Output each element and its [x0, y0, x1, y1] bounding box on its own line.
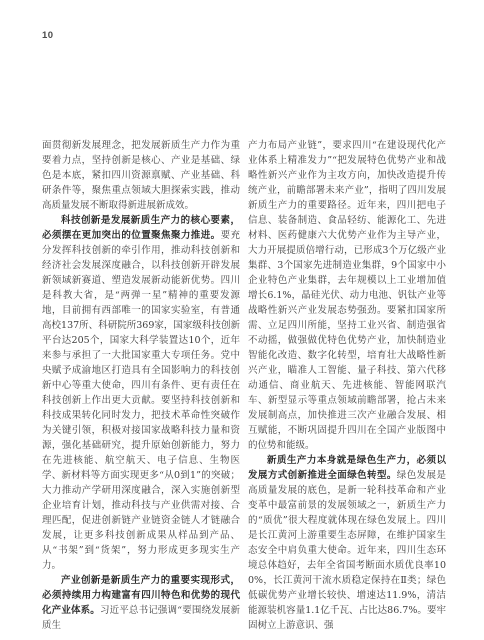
body-text: 绿色发展是高质量发展的底色，是新一轮科技革命和产业变革中最富前景的发展领域之一，…: [248, 470, 446, 631]
body-text: 产力布局产业链”，要求四川“在建设现代化产业体系上精准发力”“把发展特色优势产业…: [248, 140, 446, 451]
document-page: 10 面贯彻新发展理念，把发展新质生产力作为重要着力点，坚持创新是核心、产业是基…: [0, 0, 484, 640]
paragraph-industry-innovation: 产业创新是新质生产力的重要实现形式，必须持续用力构建富有四川特色和优势的现代化产…: [42, 573, 240, 633]
paragraph-science-innovation: 科技创新是发展新质生产力的核心要素，必须摆在更加突出的位置聚焦聚力推进。要充分发…: [42, 213, 240, 573]
paragraph-continued: 产力布局产业链”，要求四川“在建设现代化产业体系上精准发力”“把发展特色优势产业…: [248, 138, 446, 453]
left-column: 面贯彻新发展理念，把发展新质生产力作为重要着力点，坚持创新是核心、产业是基础、绿…: [42, 138, 240, 633]
article-body: 面贯彻新发展理念，把发展新质生产力作为重要着力点，坚持创新是核心、产业是基础、绿…: [42, 138, 446, 633]
paragraph-continued: 面贯彻新发展理念，把发展新质生产力作为重要着力点，坚持创新是核心、产业是基础、绿…: [42, 138, 240, 213]
page-number: 10: [42, 30, 54, 41]
lead-bold-text: 科技创新是发展新质生产力的核心要素，必须摆在更加突出的位置聚焦聚力推进。: [42, 215, 240, 241]
paragraph-green-productivity: 新质生产力本身就是绿色生产力，必须以发展方式创新推进全面绿色转型。绿色发展是高质…: [248, 453, 446, 633]
body-text: 面贯彻新发展理念，把发展新质生产力作为重要着力点，坚持创新是核心、产业是基础、绿…: [42, 140, 240, 211]
body-text: 要充分发挥科技创新的牵引作用，推动科技创新和经济社会发展深度融合，以科技创新开辟…: [42, 230, 240, 571]
right-column: 产力布局产业链”，要求四川“在建设现代化产业体系上精准发力”“把发展特色优势产业…: [248, 138, 446, 633]
